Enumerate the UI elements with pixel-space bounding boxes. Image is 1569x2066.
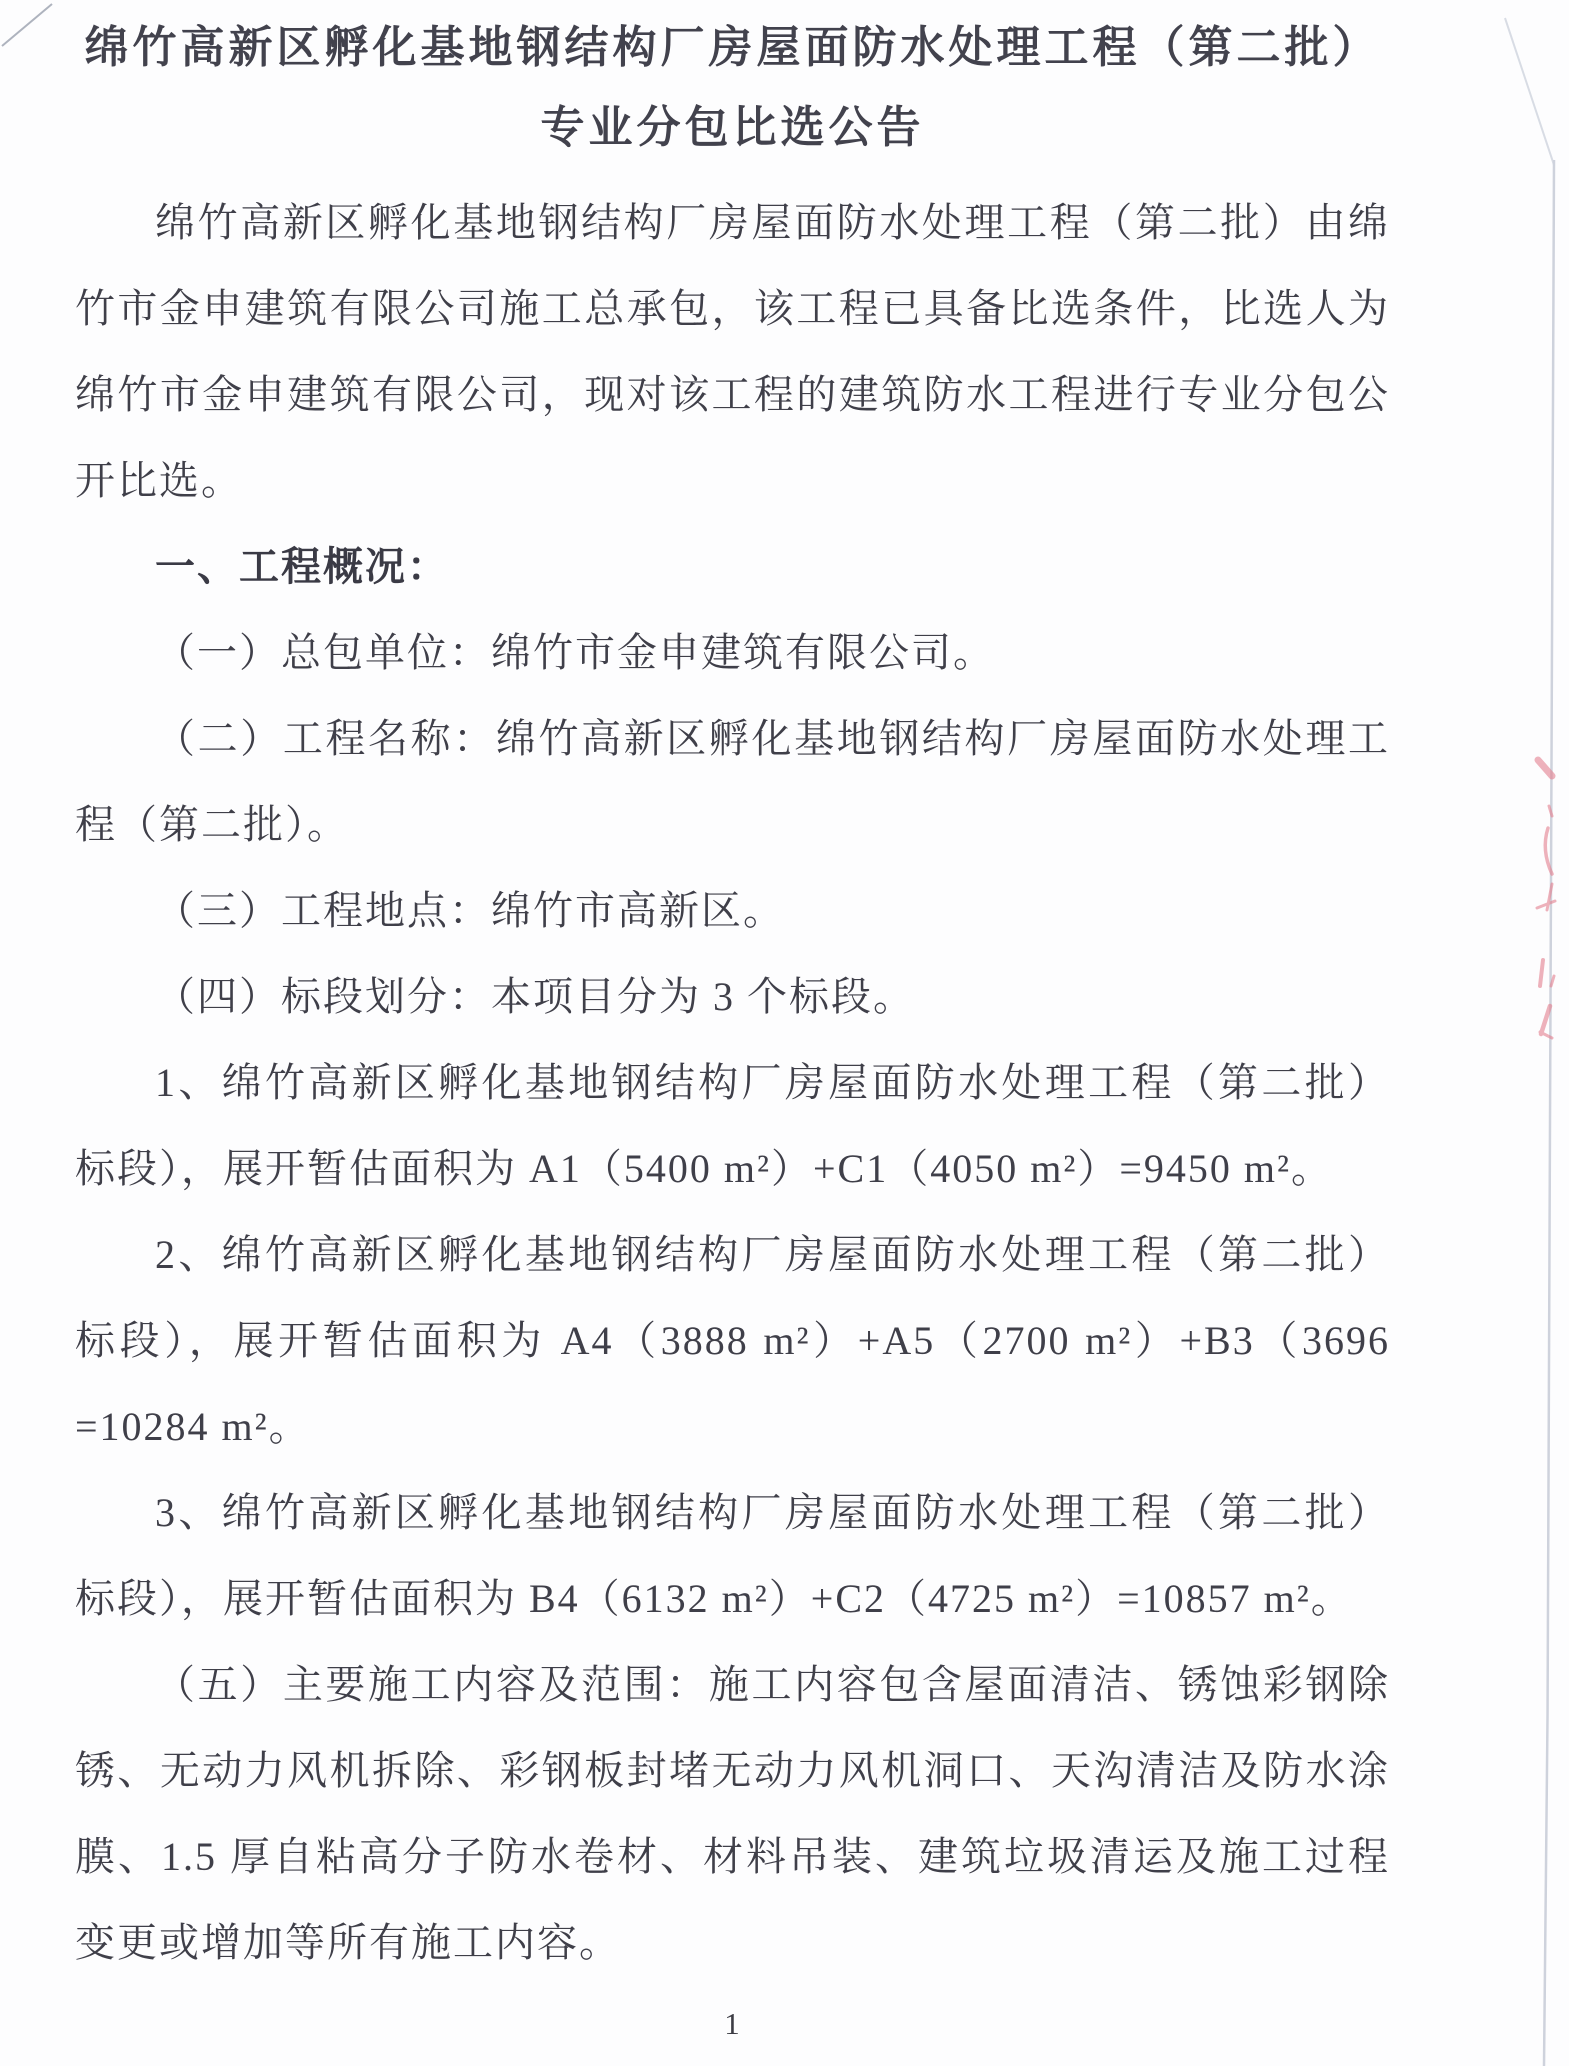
document-page: 绵竹高新区孵化基地钢结构厂房屋面防水处理工程（第二批） 专业分包比选公告 绵竹高… — [0, 0, 1569, 2066]
document-body: 绵竹高新区孵化基地钢结构厂房屋面防水处理工程（第二批）由绵竹市金申建筑有限公司施… — [75, 180, 1390, 1986]
bid-section-3-line-2: 标段），展开暂估面积为 B4（6132 m²）+C2（4725 m²）=1085… — [75, 1556, 1390, 1642]
item-2-project-name-line-1: （二）工程名称：绵竹高新区孵化基地钢结构厂房屋面防水处理工 — [75, 696, 1390, 782]
bid-section-1-line-1: 1、绵竹高新区孵化基地钢结构厂房屋面防水处理工程（第二批）（一 — [75, 1040, 1390, 1126]
item-4-bid-sections-line-1: （四）标段划分：本项目分为 3 个标段。 — [75, 954, 1390, 1040]
bid-section-2-line-2: 标段），展开暂估面积为 A4（3888 m²）+A5（2700 m²）+B3（3… — [75, 1298, 1390, 1384]
document-title: 绵竹高新区孵化基地钢结构厂房屋面防水处理工程（第二批） 专业分包比选公告 — [75, 8, 1390, 168]
intro-paragraph-line-4: 开比选。 — [75, 438, 1390, 524]
bid-section-1-line-2: 标段），展开暂估面积为 A1（5400 m²）+C1（4050 m²）=9450… — [75, 1126, 1390, 1212]
page-edge-line — [1544, 160, 1555, 2066]
bid-section-3-line-1: 3、绵竹高新区孵化基地钢结构厂房屋面防水处理工程（第二批）（三 — [75, 1470, 1390, 1556]
item-5-scope-of-work-line-1: （五）主要施工内容及范围：施工内容包含屋面清洁、锈蚀彩钢除 — [75, 1642, 1390, 1728]
corner-fold-line-top-right — [1505, 18, 1554, 165]
intro-paragraph-line-2: 竹市金申建筑有限公司施工总承包，该工程已具备比选条件，比选人为 — [75, 266, 1390, 352]
intro-paragraph-line-3: 绵竹市金申建筑有限公司，现对该工程的建筑防水工程进行专业分包公 — [75, 352, 1390, 438]
title-line-2: 专业分包比选公告 — [75, 88, 1390, 168]
title-line-1: 绵竹高新区孵化基地钢结构厂房屋面防水处理工程（第二批） — [75, 8, 1390, 88]
red-stamp-fragment-icon — [1537, 760, 1555, 1038]
item-5-scope-of-work-line-4: 变更或增加等所有施工内容。 — [75, 1900, 1390, 1986]
section-1-heading-line-1: 一、工程概况： — [75, 524, 1390, 610]
corner-fold-line-top-left — [2, 4, 52, 46]
intro-paragraph-line-1: 绵竹高新区孵化基地钢结构厂房屋面防水处理工程（第二批）由绵 — [75, 180, 1390, 266]
item-2-project-name-line-2: 程（第二批）。 — [75, 782, 1390, 868]
bid-section-2-line-1: 2、绵竹高新区孵化基地钢结构厂房屋面防水处理工程（第二批）（二 — [75, 1212, 1390, 1298]
item-5-scope-of-work-line-2: 锈、无动力风机拆除、彩钢板封堵无动力风机洞口、天沟清洁及防水涂 — [75, 1728, 1390, 1814]
bid-section-2-line-3: =10284 m²。 — [75, 1384, 1390, 1470]
item-5-scope-of-work-line-3: 膜、1.5 厚自粘高分子防水卷材、材料吊装、建筑垃圾清运及施工过程中 — [75, 1814, 1390, 1900]
page-number: 1 — [75, 2006, 1390, 2042]
item-1-general-contractor-line-1: （一）总包单位：绵竹市金申建筑有限公司。 — [75, 610, 1390, 696]
item-3-project-location-line-1: （三）工程地点：绵竹市高新区。 — [75, 868, 1390, 954]
